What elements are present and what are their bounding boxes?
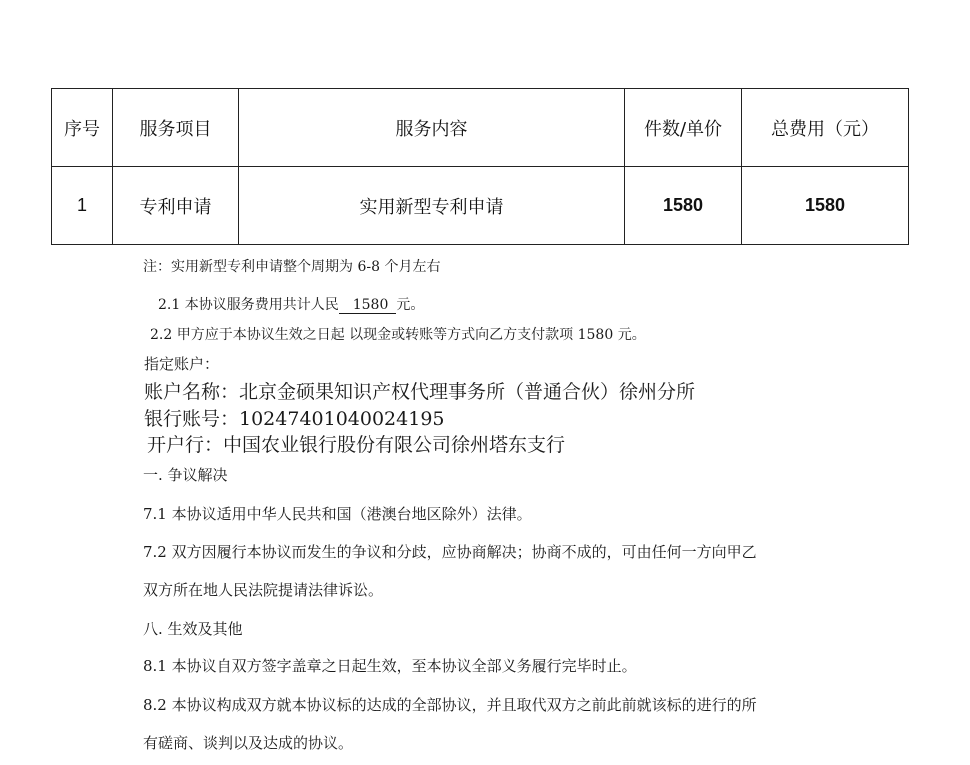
clause-8-2-line1: 8.2 本协议构成双方就本协议标的达成的全部协议，并且取代双方之前此前就该标的进… <box>143 694 757 715</box>
cell-service-content: 实用新型专利申请 <box>239 167 625 245</box>
clause-7-2-line1: 7.2 双方因履行本协议而发生的争议和分歧，应协商解决；协商不成的，可由任何一方… <box>143 541 757 562</box>
clause-7-2-line2: 双方所在地人民法院提请法律诉讼。 <box>143 579 383 600</box>
table-row: 1 专利申请 实用新型专利申请 1580 1580 <box>52 167 909 245</box>
clause-7-1: 7.1 本协议适用中华人民共和国（港澳台地区除外）法律。 <box>143 503 532 524</box>
section-effect-heading: 八. 生效及其他 <box>143 618 243 639</box>
table-header-row: 序号 服务项目 服务内容 件数/单价 总费用（元） <box>52 89 909 167</box>
account-name: 账户名称：北京金硕果知识产权代理事务所（普通合伙）徐州分所 <box>144 377 695 404</box>
clause-2-1: 2.1 本协议服务费用共计人民1580元。 <box>158 294 424 314</box>
clause-2-1-suffix: 元。 <box>396 297 424 313</box>
account-number: 银行账号：10247401040024195 <box>144 404 445 431</box>
account-heading: 指定账户： <box>144 353 219 374</box>
clause-2-1-prefix: 2.1 本协议服务费用共计人民 <box>158 297 339 313</box>
table-note: 注：实用新型专利申请整个周期为 6-8 个月左右 <box>143 256 440 276</box>
account-bank: 开户行：中国农业银行股份有限公司徐州塔东支行 <box>147 430 565 457</box>
header-seq: 序号 <box>52 89 113 167</box>
cell-seq: 1 <box>52 167 113 245</box>
clause-8-2-line2: 有磋商、谈判以及达成的协议。 <box>143 732 353 753</box>
cell-qty-price: 1580 <box>625 167 742 245</box>
document-page: 序号 服务项目 服务内容 件数/单价 总费用（元） 1 专利申请 实用新型专利申… <box>0 0 970 765</box>
clause-2-2: 2.2 甲方应于本协议生效之日起 以现金或转账等方式向乙方支付款项 1580 元… <box>150 324 646 344</box>
cell-total-fee: 1580 <box>742 167 909 245</box>
fee-table: 序号 服务项目 服务内容 件数/单价 总费用（元） 1 专利申请 实用新型专利申… <box>51 88 909 245</box>
fee-amount: 1580 <box>339 298 397 314</box>
clause-8-1: 8.1 本协议自双方签字盖章之日起生效，至本协议全部义务履行完毕时止。 <box>143 655 637 676</box>
header-service-item: 服务项目 <box>113 89 239 167</box>
cell-service-item: 专利申请 <box>113 167 239 245</box>
header-total-fee: 总费用（元） <box>742 89 909 167</box>
section-dispute-heading: 一. 争议解决 <box>143 464 228 485</box>
header-qty-price: 件数/单价 <box>625 89 742 167</box>
header-service-content: 服务内容 <box>239 89 625 167</box>
